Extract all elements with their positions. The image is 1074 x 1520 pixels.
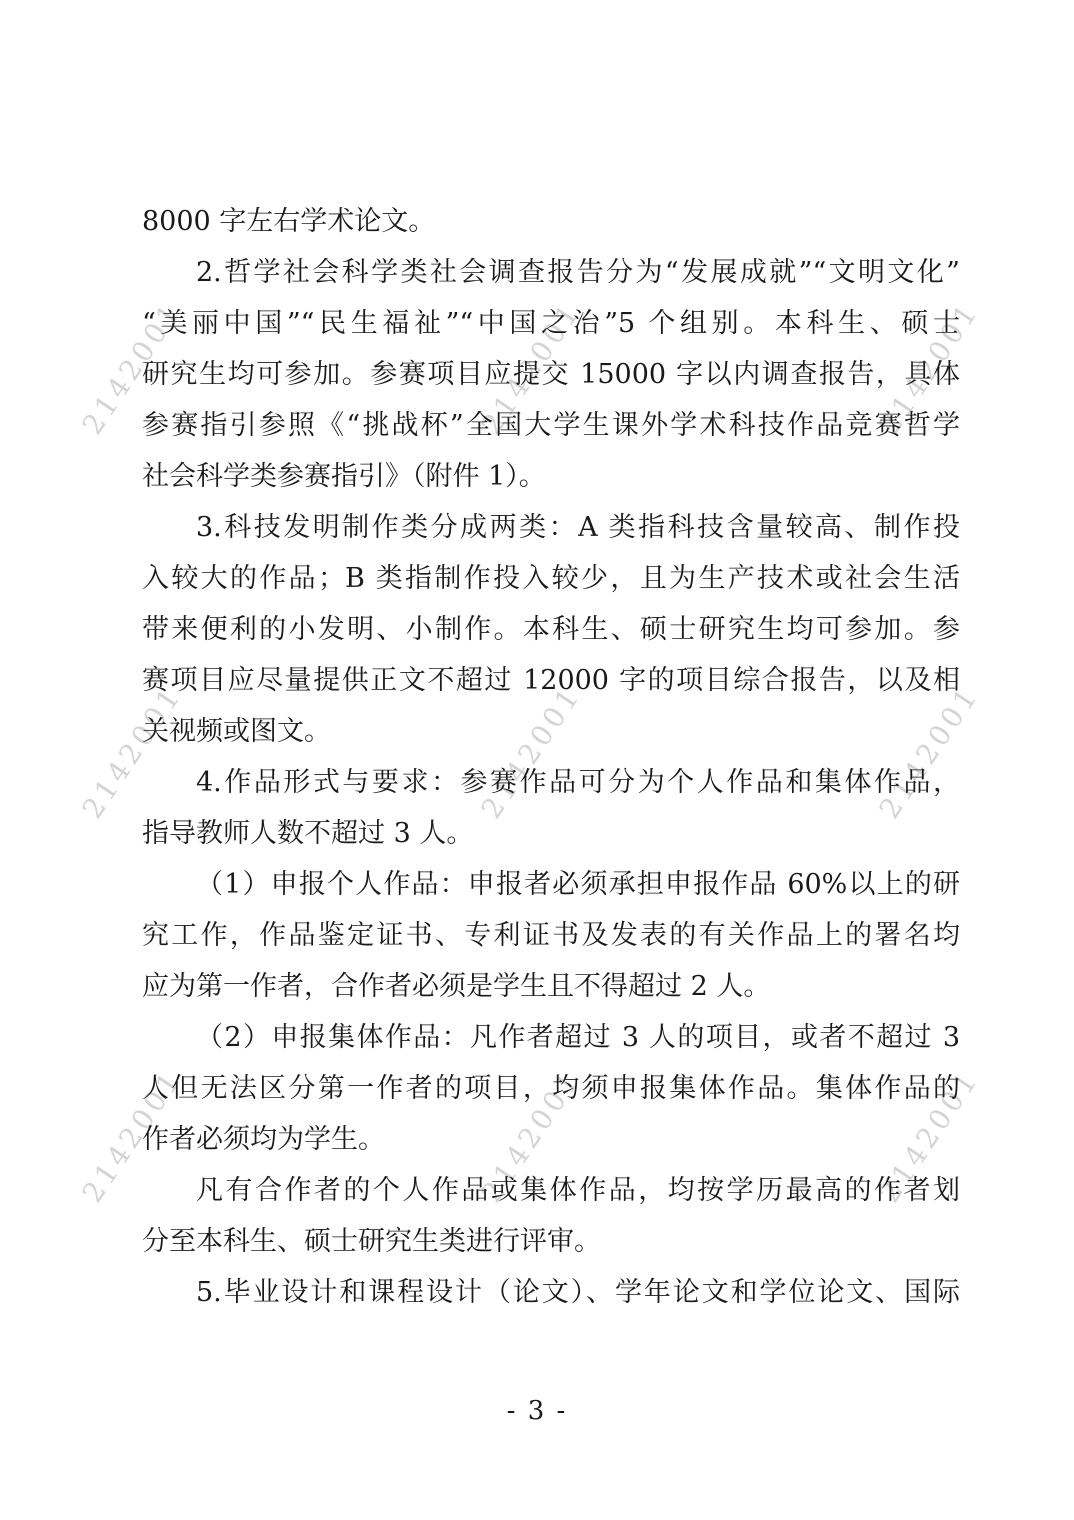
text-line: 8000 字左右学术论文。 bbox=[142, 196, 960, 247]
text-line: 人但无法区分第一作者的项目，均须申报集体作品。集体作品的 bbox=[142, 1063, 960, 1114]
text-line: 分至本科生、硕士研究生类进行评审。 bbox=[142, 1216, 960, 1267]
text-line: 究工作，作品鉴定证书、专利证书及发表的有关作品上的署名均 bbox=[142, 910, 960, 961]
text-line: 带来便利的小发明、小制作。本科生、硕士研究生均可参加。参 bbox=[142, 604, 960, 655]
text-line: 作者必须均为学生。 bbox=[142, 1114, 960, 1165]
text-line: 4.作品形式与要求：参赛作品可分为个人作品和集体作品， bbox=[142, 757, 960, 808]
text-line: 5.毕业设计和课程设计（论文）、学年论文和学位论文、国际 bbox=[142, 1267, 960, 1318]
text-line: 3.科技发明制作类分成两类：A 类指科技含量较高、制作投 bbox=[142, 502, 960, 553]
text-line: 参赛指引参照《“挑战杯”全国大学生课外学术科技作品竞赛哲学 bbox=[142, 400, 960, 451]
text-line: 入较大的作品；B 类指制作投入较少，且为生产技术或社会生活 bbox=[142, 553, 960, 604]
text-line: 社会科学类参赛指引》（附件 1）。 bbox=[142, 451, 960, 502]
document-text: 8000 字左右学术论文。2.哲学社会科学类社会调查报告分为“发展成就”“文明文… bbox=[142, 196, 960, 1318]
text-line: 赛项目应尽量提供正文不超过 12000 字的项目综合报告，以及相 bbox=[142, 655, 960, 706]
text-line: 应为第一作者，合作者必须是学生且不得超过 2 人。 bbox=[142, 961, 960, 1012]
text-line: “美丽中国”“民生福祉”“中国之治”5 个组别。本科生、硕士 bbox=[142, 298, 960, 349]
text-line: （2）申报集体作品：凡作者超过 3 人的项目，或者不超过 3 bbox=[142, 1012, 960, 1063]
text-line: 指导教师人数不超过 3 人。 bbox=[142, 808, 960, 859]
text-line: 凡有合作者的个人作品或集体作品，均按学历最高的作者划 bbox=[142, 1165, 960, 1216]
text-line: 研究生均可参加。参赛项目应提交 15000 字以内调查报告，具体 bbox=[142, 349, 960, 400]
text-line: 2.哲学社会科学类社会调查报告分为“发展成就”“文明文化” bbox=[142, 247, 960, 298]
page-number: - 3 - bbox=[0, 1396, 1074, 1426]
text-line: 关视频或图文。 bbox=[142, 706, 960, 757]
document-page: 2142001214200121420012142001214200121420… bbox=[0, 0, 1074, 1520]
text-line: （1）申报个人作品：申报者必须承担申报作品 60%以上的研 bbox=[142, 859, 960, 910]
